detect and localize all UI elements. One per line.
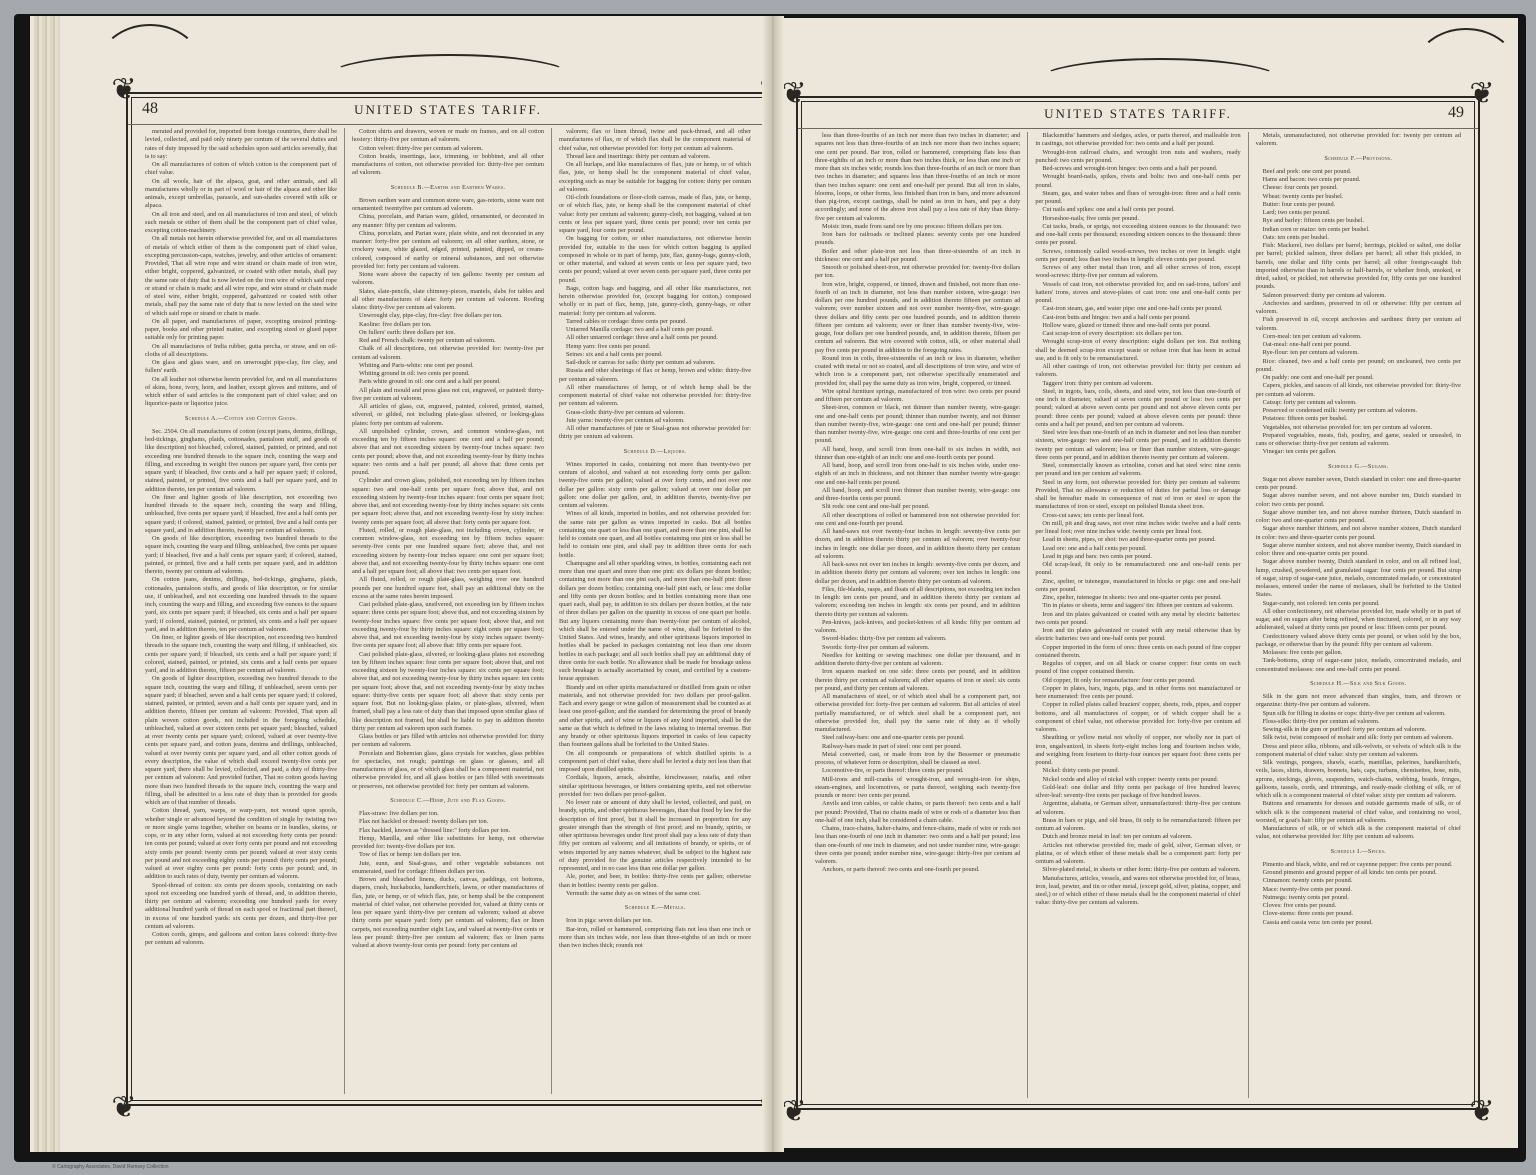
paragraph: Lead in pigs and bars: two cents per pou…	[1035, 553, 1240, 561]
paragraph: Chalk of all descriptions, not otherwise…	[352, 345, 544, 362]
paragraph: Round iron in coils, three-sixteenths of…	[815, 355, 1020, 388]
paragraph: All other untarred cordage: three and a …	[559, 334, 751, 342]
paragraph: Cotton thread, yarn, warps, or warp-yarn…	[145, 807, 337, 881]
paragraph: Vessels of cast iron, not otherwise prov…	[1035, 281, 1240, 306]
schedule-heading: Schedule G.—Sugars.	[1256, 463, 1461, 471]
paragraph: Anchovies and sardines, preserved in oil…	[1256, 300, 1461, 317]
paragraph: All plain and mould and press glass not …	[352, 387, 544, 404]
paragraph: Silk in the gum not more advanced than s…	[1256, 693, 1461, 710]
paragraph: Whiting ground in oil: two cents per pou…	[352, 370, 544, 378]
book-gutter	[762, 16, 784, 1152]
paragraph: Bar-iron, rolled or hammered, comprising…	[559, 926, 751, 951]
paragraph: Screws, commonly called wood-screws, two…	[1035, 248, 1240, 265]
paragraph: Brown earthen ware and common stone ware…	[352, 197, 544, 214]
paragraph: Molasses: five cents per gallon.	[1256, 649, 1461, 657]
text-columns: merated and provided for, imported from …	[138, 128, 758, 1094]
paragraph: On all paper, and manufactures of paper,…	[145, 318, 337, 343]
paragraph: All other confectionery, not otherwise p…	[1256, 608, 1461, 633]
paragraph: Sword-blades: thirty-five per centum ad …	[815, 635, 1020, 643]
schedule-heading: Schedule C.—Hemp, Jute and Flax Goods.	[352, 797, 544, 805]
paragraph: Bed-screws and wrought-iron hinges: two …	[1035, 165, 1240, 173]
paragraph: Screws of any other metal than iron, and…	[1035, 264, 1240, 281]
paragraph: Jute yarns: twenty-five per centum ad va…	[559, 417, 751, 425]
paragraph: Clove-stems: three cents per pound.	[1256, 910, 1461, 918]
paragraph: Capers, pickles, and sauces of all kinds…	[1256, 382, 1461, 399]
paragraph: valorem; flax or linen thread, twine and…	[559, 128, 751, 153]
paragraph: Sugar above number ten, and not above nu…	[1256, 509, 1461, 526]
scroll-flourish-icon	[1038, 58, 1282, 102]
paragraph: Metals, unmanufactured, not otherwise pr…	[1256, 132, 1461, 149]
running-title: UNITED STATES TARIFF.	[798, 106, 1478, 122]
paragraph: On all leather not otherwise herein prov…	[145, 376, 337, 409]
right-page: ❦ ❦ ❦ ❦ UNITED STATES TARIFF. 49 less th…	[772, 18, 1518, 1148]
paragraph: Dress and piece silks, ribbons, and silk…	[1256, 743, 1461, 760]
paragraph: All fluted, rolled, or rough plate-glass…	[352, 576, 544, 601]
paragraph: Tow of flax or hemp: ten dollars per ton…	[352, 851, 544, 859]
paragraph: On paddy: one cent and one-half per poun…	[1256, 374, 1461, 382]
paragraph: Flax-straw: five dollars per ton.	[352, 810, 544, 818]
paragraph: Vegetables, not otherwise provided for: …	[1256, 424, 1461, 432]
paragraph: Cylinder and crown glass, polished, not …	[352, 477, 544, 527]
paragraph: Cloves: five cents per pound.	[1256, 902, 1461, 910]
paragraph: Fish: Mackerel, two dollars per barrel; …	[1256, 242, 1461, 292]
paragraph: Old copper, fit only for remanufacture: …	[1035, 677, 1240, 685]
paragraph: Vermuth: the same duty as on wines of th…	[559, 890, 751, 898]
image-credit: © Cartography Associates, David Rumsey C…	[52, 1164, 169, 1170]
paragraph: Steam, gas, and water tubes and flues of…	[1035, 190, 1240, 207]
paragraph: Thread lace and insertings: thirty per c…	[559, 153, 751, 161]
paragraph: Taggers' iron: thirty per centum ad valo…	[1035, 380, 1240, 388]
paragraph: All unpolished cylinder, crown, and comm…	[352, 428, 544, 478]
column: merated and provided for, imported from …	[138, 128, 344, 1094]
paragraph: Nutmegs: twenty cents per pound.	[1256, 894, 1461, 902]
paragraph: Tarred cables or cordage: three cents pe…	[559, 318, 751, 326]
paragraph: Champagne and all other sparkling wines,…	[559, 560, 751, 684]
paragraph: Dutch and bronze metal in leaf: ten per …	[1035, 833, 1240, 841]
paragraph: Hams and bacon: two cents per pound.	[1256, 176, 1461, 184]
paragraph: Argentine, alabatta, or German silver, u…	[1035, 800, 1240, 817]
paragraph: China, porcelain, and Parian ware, plain…	[352, 230, 544, 271]
paragraph: Boiler and other plate-iron not less tha…	[815, 248, 1020, 265]
paragraph: On all manufactures of cotton of which c…	[145, 161, 337, 178]
paragraph: Buttons and ornaments for dresses and ou…	[1256, 800, 1461, 825]
paragraph: Sail-duck or canvas for sails: thirty pe…	[559, 359, 751, 367]
paragraph: Brown and bleached linens, ducks, canvas…	[352, 876, 544, 950]
paragraph: Manufactures of silk, or of which silk i…	[1256, 825, 1461, 842]
paragraph: Cross-cut saws; ten cents per lineal foo…	[1035, 512, 1240, 520]
paragraph: Red and French chalk: twenty per centum …	[352, 337, 544, 345]
paragraph: Preserved or condensed milk: twenty per …	[1256, 407, 1461, 415]
paragraph: All other manufactures of jute or Sisal-…	[559, 425, 751, 442]
paragraph: Files, file-blanks, rasps, and floats of…	[815, 586, 1020, 619]
paragraph: On all compounds or preparations of whic…	[559, 750, 751, 775]
paragraph: Jute, sunn, and Sisal-grass, and other v…	[352, 860, 544, 877]
paragraph: Wrought scrap-iron of every description:…	[1035, 338, 1240, 363]
paragraph: Russia and other sheetings of flax or he…	[559, 367, 751, 384]
paragraph: Whiting and Paris-white: one cent per po…	[352, 362, 544, 370]
paragraph: On finer and lighter goods of like descr…	[145, 494, 337, 535]
paragraph: Rice: cleaned, two and a half cents per …	[1256, 358, 1461, 375]
paragraph: Potatoes: fifteen cents per bushel.	[1256, 415, 1461, 423]
paragraph: Manufactures, articles, vessels, and war…	[1035, 875, 1240, 908]
scroll-flourish-icon	[328, 54, 572, 98]
text-columns: less than three-fourths of an inch nor m…	[808, 132, 1468, 1098]
paragraph: All band, hoop, and scroll iron thinner …	[815, 487, 1020, 504]
paragraph: merated and provided for, imported from …	[145, 128, 337, 161]
paragraph: Wrought-iron railroad chairs, and wrough…	[1035, 149, 1240, 166]
paragraph: Cheese: four cents per pound.	[1256, 184, 1461, 192]
paragraph: Silver-plated metal, in sheets or other …	[1035, 866, 1240, 874]
paragraph: On all wools, hair of the alpaca, goat, …	[145, 178, 337, 211]
paragraph: Oat-meal: one-half cent per pound.	[1256, 341, 1461, 349]
paragraph: Rye-flour: ten per centum ad valorem.	[1256, 349, 1461, 357]
paragraph: Mace: twenty-five cents per pound.	[1256, 886, 1461, 894]
paragraph: Lard; two cents per pound.	[1256, 209, 1461, 217]
paragraph: Sheathing or yellow metal not wholly of …	[1035, 734, 1240, 767]
paragraph: Pimento and black, white, and red or cay…	[1256, 861, 1461, 869]
schedule-heading: Schedule I.—Spices.	[1256, 848, 1461, 856]
paragraph: Smooth or polished sheet-iron, not other…	[815, 264, 1020, 281]
paragraph: No lower rate or amount of duty shall be…	[559, 799, 751, 873]
paragraph: Old scrap-lead, fit only to be remanufac…	[1035, 561, 1240, 578]
paragraph: Hollow ware, glazed or tinned: three and…	[1035, 322, 1240, 330]
ornamental-frame-right: ❦ ❦ ❦ ❦ UNITED STATES TARIFF. 49 less th…	[796, 96, 1480, 1110]
paragraph: All articles of glass, cut, engraved, pa…	[352, 403, 544, 428]
column: Metals, unmanufactured, not otherwise pr…	[1248, 132, 1468, 1098]
paragraph: Grass-cloth: thirty-five per centum ad v…	[559, 409, 751, 417]
paragraph: Spool-thread of cotton: six cents per do…	[145, 882, 337, 932]
paragraph: Cast-iron butts and hinges: two and a ha…	[1035, 314, 1240, 322]
scroll-flourish-icon	[1414, 28, 1518, 112]
paragraph: All back-saws not over ten inches in len…	[815, 561, 1020, 586]
paragraph: Flax not hackled or dressed: twenty doll…	[352, 818, 544, 826]
paragraph: Spun silk for filling in skeins or cops:…	[1256, 710, 1461, 718]
paragraph: Kaoline: five dollars per ton.	[352, 321, 544, 329]
running-title: UNITED STATES TARIFF.	[128, 102, 768, 118]
page-edges	[34, 16, 60, 1152]
paragraph: Hemp, Manilla, and other like substitute…	[352, 835, 544, 852]
paragraph: Oats: ten cents per bushel.	[1256, 234, 1461, 242]
paragraph: Pen-knives, jack-knives, and pocket-kniv…	[815, 619, 1020, 636]
paragraph: Floss-silks: thirty-five per centum ad v…	[1256, 718, 1461, 726]
paragraph: All other castings of iron, not otherwis…	[1035, 363, 1240, 380]
paragraph: Cast polished plate-glass, silvered, or …	[352, 651, 544, 734]
paragraph: Iron squares marked on one side: three c…	[815, 668, 1020, 693]
schedule-heading: Schedule E.—Metals.	[559, 904, 751, 912]
paragraph: Nickel: thirty cents per pound.	[1035, 767, 1240, 775]
paragraph: On all metals not herein otherwise provi…	[145, 235, 337, 318]
paragraph: Chains, trace-chains, halter-chains, and…	[815, 825, 1020, 866]
paragraph: Sugar above number seven, and not above …	[1256, 492, 1461, 509]
paragraph: On all iron and steel, and on all manufa…	[145, 211, 337, 236]
paragraph: Salmon preserved: thirty per centum ad v…	[1256, 292, 1461, 300]
paragraph: Cast-iron steam, gas, and water pipe: on…	[1035, 305, 1240, 313]
paragraph: Cotton braids, insertings, lace, trimmin…	[352, 153, 544, 178]
paragraph: Copper in plates, bars, ingots, pigs, an…	[1035, 685, 1240, 702]
paragraph: Cotton velvet: thirty-five per centum ad…	[352, 145, 544, 153]
paragraph: Metal converted, cast, or made from iron…	[815, 751, 1020, 768]
schedule-heading: Schedule B.—Earths and Earthen Wares.	[352, 184, 544, 192]
paragraph: Iron bars for railroads or inclined plan…	[815, 231, 1020, 248]
paragraph: Fish preserved in oil, except anchovies …	[1256, 316, 1461, 333]
paragraph: Porcelain and Bohemian glass, glass crys…	[352, 750, 544, 791]
paragraph: Wire spiral furniture springs, manufactu…	[815, 388, 1020, 405]
paragraph: Iron wire, bright, coppered, or tinned, …	[815, 281, 1020, 355]
paragraph: Regulus of copper, and on all black or c…	[1035, 660, 1240, 677]
paragraph: Corn-meal: ten per centum ad valorem.	[1256, 333, 1461, 341]
paragraph: On finer, or lighter goods of like descr…	[145, 634, 337, 675]
paragraph: Confectionery valued above thirty cents …	[1256, 633, 1461, 650]
schedule-heading: Schedule D.—Liquors.	[559, 448, 751, 456]
column: less than three-fourths of an inch nor m…	[808, 132, 1027, 1098]
paragraph: On all burlaps, and like manufactures of…	[559, 161, 751, 194]
schedule-heading: Schedule F.—Provisions.	[1256, 155, 1461, 163]
paragraph: Bags, cotton bags and bagging, and all o…	[559, 285, 751, 318]
paragraph: Iron and tin plates galvanized or coated…	[1035, 627, 1240, 644]
page-header: UNITED STATES TARIFF. 49	[798, 102, 1478, 129]
paragraph: Cassia and cassia vera: ten cents per po…	[1256, 919, 1461, 927]
paragraph: Slit rods: one cent and one-half per pou…	[815, 503, 1020, 511]
paragraph: On glass and glass ware, and on unwrough…	[145, 359, 337, 376]
paragraph: China, porcelain, and Parian ware, gilde…	[352, 213, 544, 230]
paragraph: Indian corn or maize: ten cents per bush…	[1256, 226, 1461, 234]
paragraph: Gold-leaf: one dollar and fifty cents pe…	[1035, 784, 1240, 801]
paragraph: Sec. 2504. On all manufactures of cotton…	[145, 428, 337, 494]
paragraph: less than three-fourths of an inch nor m…	[815, 132, 1020, 223]
paragraph: Sugar above number thirteen, and not abo…	[1256, 525, 1461, 542]
floral-corner-ornament-icon: ❦	[106, 1090, 142, 1126]
page-number: 49	[1448, 104, 1464, 122]
paragraph: Anvils and iron cables, or cable chains,…	[815, 800, 1020, 825]
paragraph: Anchors, or parts thereof: two cents and…	[815, 866, 1020, 874]
paragraph: Stone ware above the capacity of ten gal…	[352, 271, 544, 288]
paragraph: Steel, commercially known as crinoline, …	[1035, 462, 1240, 479]
ornamental-frame-left: ❦ ❦ ❦ ❦ 48 UNITED STATES TARIFF. merated…	[126, 92, 770, 1106]
paragraph: Untarred Manilla cordage: two and a half…	[559, 326, 751, 334]
paragraph: All other manufactures of hemp, or of wh…	[559, 384, 751, 409]
paragraph: Seines: six and a half cents per pound.	[559, 351, 751, 359]
paragraph: Steel railway-bars: one and one-quarter …	[815, 734, 1020, 742]
paragraph: Silk twist, twist composed of mohair and…	[1256, 734, 1461, 742]
paragraph: Zinc, spelter, tutenegue in sheets: two …	[1035, 594, 1240, 602]
page-header: 48 UNITED STATES TARIFF.	[128, 98, 768, 125]
paragraph: Copper in rolled plates called braziers'…	[1035, 701, 1240, 734]
paragraph: Needles for knitting or sewing machines:…	[815, 652, 1020, 669]
paragraph: Sugar above number sixteen, and not abov…	[1256, 542, 1461, 559]
paragraph: Fluted, rolled, or rough plate-glass, no…	[352, 527, 544, 577]
paragraph: Steel wire less than one-fourth of an in…	[1035, 429, 1240, 462]
paragraph: Wheat: twenty cents per bushel.	[1256, 193, 1461, 201]
paragraph: Nickel oxide and alloy of nickel with co…	[1035, 776, 1240, 784]
paragraph: Locomotive-tire, or parts thereof: three…	[815, 767, 1020, 775]
paragraph: Cast scrap-iron of every description: si…	[1035, 330, 1240, 338]
paragraph: On cotton jeans, denims, drillings, bed-…	[145, 576, 337, 634]
paragraph: Iron and tin plates galvanized or coated…	[1035, 611, 1240, 628]
paragraph: Cordials, liquors, arrack, absinthe, kir…	[559, 774, 751, 799]
paragraph: Cut nails and spikes: one and a half cen…	[1035, 206, 1240, 214]
paragraph: Tank-bottoms, sirup of sugar-cane juice,…	[1256, 657, 1461, 674]
paragraph: Slates, slate-pencils, slate chimney-pie…	[352, 288, 544, 313]
paragraph: Glass bottles or jars filled with articl…	[352, 733, 544, 750]
paragraph: On goods of lighter description, exceedi…	[145, 675, 337, 807]
paragraph: Articles not otherwise provided for, mad…	[1035, 842, 1240, 867]
paragraph: Steel in any form, not otherwise provide…	[1035, 479, 1240, 512]
paragraph: Wrought board-nails, spikes, rivets and …	[1035, 173, 1240, 190]
paragraph: Lead ore: one and a half cents per pound…	[1035, 545, 1240, 553]
scroll-flourish-icon	[98, 24, 202, 108]
paragraph: Cotton shirts and drawers, woven or made…	[352, 128, 544, 145]
paragraph: On bagging for cotton, or other manufact…	[559, 235, 751, 285]
schedule-heading: Schedule H.—Silk and Silk Goods.	[1256, 680, 1461, 688]
paragraph: Cast polished plate-glass, unsilvered, n…	[352, 601, 544, 651]
paragraph: Brandy and on other spirits manufactured…	[559, 684, 751, 750]
paragraph: Iron in pigs: seven dollars per ton.	[559, 917, 751, 925]
column: Cotton shirts and drawers, woven or made…	[344, 128, 551, 1094]
paragraph: Butter: four cents per pound.	[1256, 201, 1461, 209]
paragraph: Unwrought clay, pipe-clay, fire-clay: fi…	[352, 312, 544, 320]
paragraph: Horseshoe-nails; five cents per pound.	[1035, 215, 1240, 223]
paragraph: Mill-irons and mill-cranks of wrought-ir…	[815, 776, 1020, 801]
column: valorem; flax or linen thread, twine and…	[551, 128, 758, 1094]
paragraph: Copper imported in the form of ores: thr…	[1035, 644, 1240, 661]
left-page: ❦ ❦ ❦ ❦ 48 UNITED STATES TARIFF. merated…	[30, 16, 770, 1152]
paragraph: Silk vestings, pongees, shawls, scarfs, …	[1256, 759, 1461, 800]
paragraph: Oil-cloth foundations or floor-cloth can…	[559, 194, 751, 235]
paragraph: All band, hoop, and scroll iron from one…	[815, 462, 1020, 487]
paragraph: Sugar-candy, not colored: ten cents per …	[1256, 600, 1461, 608]
paragraph: Zinc, spelter, or tutenegue, manufacture…	[1035, 578, 1240, 595]
paragraph: All hand-saws not over twenty-four inche…	[815, 528, 1020, 561]
paragraph: Sugar not above number seven, Dutch stan…	[1256, 476, 1461, 493]
paragraph: Vinegar: ten cents per gallon.	[1256, 448, 1461, 456]
paragraph: Cotton cords, gimps, and galloons and co…	[145, 931, 337, 948]
paragraph: Wines imported in casks, containing not …	[559, 461, 751, 511]
paragraph: Moisic iron, made from sand ore by one p…	[815, 223, 1020, 231]
paragraph: Sugar above number twenty, Dutch standar…	[1256, 558, 1461, 599]
paragraph: All band, hoop, and scroll iron from one…	[815, 446, 1020, 463]
paragraph: Railway-bars made in part of steel: one …	[815, 743, 1020, 751]
paragraph: Cut tacks, brads, or sprigs, not exceedi…	[1035, 223, 1240, 248]
paragraph: Cinnamon: twenty cents per pound.	[1256, 877, 1461, 885]
paragraph: Sewing-silk in the gum or purified: fort…	[1256, 726, 1461, 734]
paragraph: Flax hackled, known as "dressed line:" f…	[352, 827, 544, 835]
paragraph: Prepared vegetables, meats, fish, poultr…	[1256, 432, 1461, 449]
paragraph: Rye and barley: fifteen cents per bushel…	[1256, 217, 1461, 225]
column: Blacksmiths' hammers and sledges, axles,…	[1027, 132, 1247, 1098]
paragraph: On mill, pit and drag saws, not over nin…	[1035, 520, 1240, 537]
floral-corner-ornament-icon: ❦	[1464, 1094, 1500, 1130]
paragraph: All other descriptions of rolled or hamm…	[815, 512, 1020, 529]
paragraph: Ground pimento and ground pepper of all …	[1256, 869, 1461, 877]
paragraph: Sheet-iron, common or black, not thinner…	[815, 404, 1020, 445]
paragraph: Tin in plates or sheets, terne and tagge…	[1035, 602, 1240, 610]
paragraph: On goods of like description, exceeding …	[145, 535, 337, 576]
paragraph: Paris white ground in oil: one cent and …	[352, 378, 544, 386]
paragraph: On all manufactures of India rubber, gut…	[145, 343, 337, 360]
paragraph: Hemp yarn: five cents per pound.	[559, 343, 751, 351]
paragraph: On fullers' earth: three dollars per ton…	[352, 329, 544, 337]
paragraph: All manufactures of steel, or of which s…	[815, 693, 1020, 734]
schedule-heading: Schedule A.—Cotton and Cotton Goods.	[145, 415, 337, 423]
paragraph: Swords: forty-five per centum ad valorem…	[815, 644, 1020, 652]
paragraph: Steel, in ingots, bars, coils, sheets, a…	[1035, 388, 1240, 429]
paragraph: Catsup: forty per centum ad valorem.	[1256, 399, 1461, 407]
paragraph: Brass in bars or pigs, and old brass, fi…	[1035, 817, 1240, 834]
paragraph: Blacksmiths' hammers and sledges, axles,…	[1035, 132, 1240, 149]
paragraph: Ale, porter, and beer, in bottles: thirt…	[559, 873, 751, 890]
paragraph: Beef and pork: one cent per pound.	[1256, 168, 1461, 176]
paragraph: Wines of all kinds, imported in bottles,…	[559, 510, 751, 560]
paragraph: Lead in sheets, pipes, or shot: two and …	[1035, 536, 1240, 544]
